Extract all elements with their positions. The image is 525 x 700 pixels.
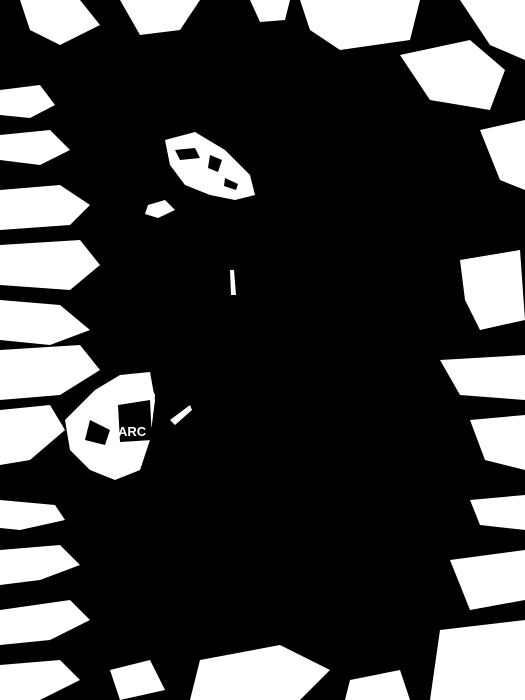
photo: ARC: [0, 0, 525, 700]
photo-frame: ARC: [0, 0, 525, 700]
can-label: ARC: [118, 424, 147, 439]
